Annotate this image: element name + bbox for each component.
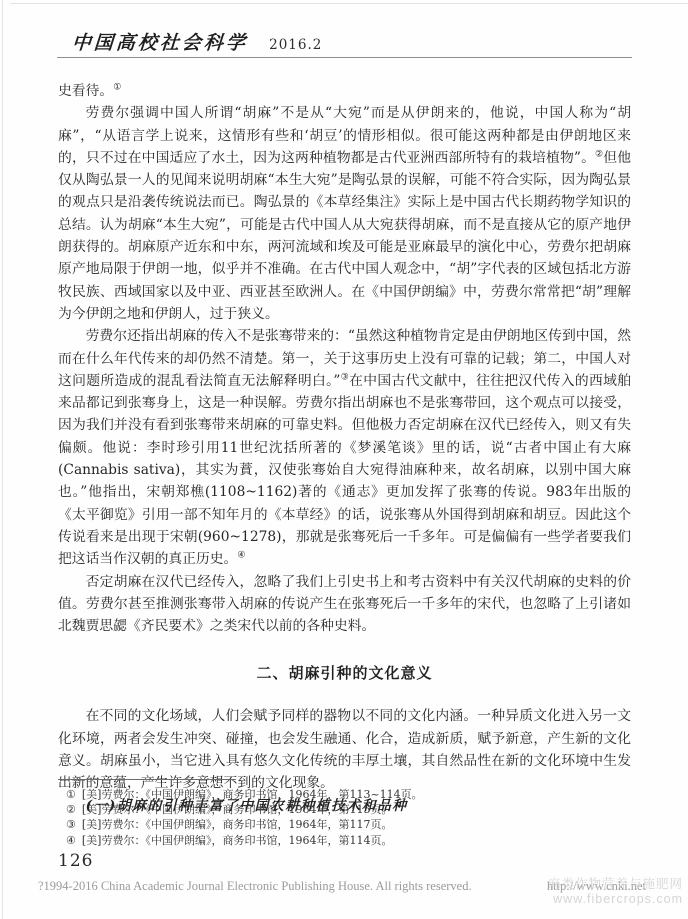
article-body: 史看待。① 劳费尔强调中国人所谓“胡麻”不是从“大宛”而是从伊朗来的，他说，中国…	[58, 80, 631, 817]
footnote-marker: ④	[58, 834, 76, 847]
footnote-marker: ②	[58, 803, 76, 816]
footnote-divider	[58, 779, 236, 780]
scan-artifact-top-line	[10, 3, 688, 4]
scan-artifact-left-line	[2, 0, 3, 919]
footnote-text: [美]劳费尔：《中国伊朗编》，商务印书馆，1964年，第115页。	[82, 803, 393, 816]
journal-title: 中国高校社会科学	[71, 28, 249, 55]
footnote-item: ④[美]劳费尔：《中国伊朗编》，商务印书馆，1964年，第114页。	[58, 833, 636, 848]
footnote-text: [美]劳费尔：《中国伊朗编》，商务印书馆，1964年，第117页。	[82, 818, 393, 831]
section-heading: 二、胡麻引种的文化意义	[58, 661, 631, 685]
header-divider	[57, 57, 632, 58]
footnote-item: ②[美]劳费尔：《中国伊朗编》，商务印书馆，1964年，第115页。	[58, 802, 636, 817]
footnote-marker: ③	[58, 818, 76, 831]
body-paragraph: 劳费尔还指出胡麻的传入不是张骞带来的：“虽然这种植物肯定是由伊朗地区传到中国，然…	[58, 325, 631, 570]
journal-page: 中国高校社会科学 2016.2 史看待。① 劳费尔强调中国人所谓“胡麻”不是从“…	[0, 0, 688, 919]
page-number: 126	[58, 851, 93, 871]
footnote-text: [美]劳费尔：《中国伊朗编》，商务印书馆，1964年，第113~114页。	[82, 788, 423, 801]
watermark-line1: 麻类作物营养与施肥网	[548, 877, 683, 892]
body-paragraph: 否定胡麻在汉代已经传入，忽略了我们上引史书上和考古资料中有关汉代胡麻的史料的价值…	[58, 571, 631, 638]
body-paragraph: 史看待。①	[58, 80, 631, 102]
footnote-text: [美]劳费尔：《中国伊朗编》，商务印书馆，1964年，第114页。	[82, 834, 393, 847]
journal-issue: 2016.2	[269, 37, 322, 53]
footnote-item: ③[美]劳费尔：《中国伊朗编》，商务印书馆，1964年，第117页。	[58, 817, 636, 832]
watermark: 麻类作物营养与施肥网 www.fibercrops.com	[548, 877, 683, 906]
watermark-line2: www.fibercrops.com	[548, 892, 683, 907]
footnotes: ①[美]劳费尔：《中国伊朗编》，商务印书馆，1964年，第113~114页。 ②…	[58, 779, 636, 848]
body-paragraph: 劳费尔强调中国人所谓“胡麻”不是从“大宛”而是从伊朗来的，他说，中国人称为“胡麻…	[58, 102, 631, 325]
copyright-text: ?1994-2016 China Academic Journal Electr…	[38, 879, 472, 894]
footnote-item: ①[美]劳费尔：《中国伊朗编》，商务印书馆，1964年，第113~114页。	[58, 787, 636, 802]
page-header: 中国高校社会科学 2016.2	[72, 28, 322, 55]
footnote-marker: ①	[58, 788, 76, 801]
